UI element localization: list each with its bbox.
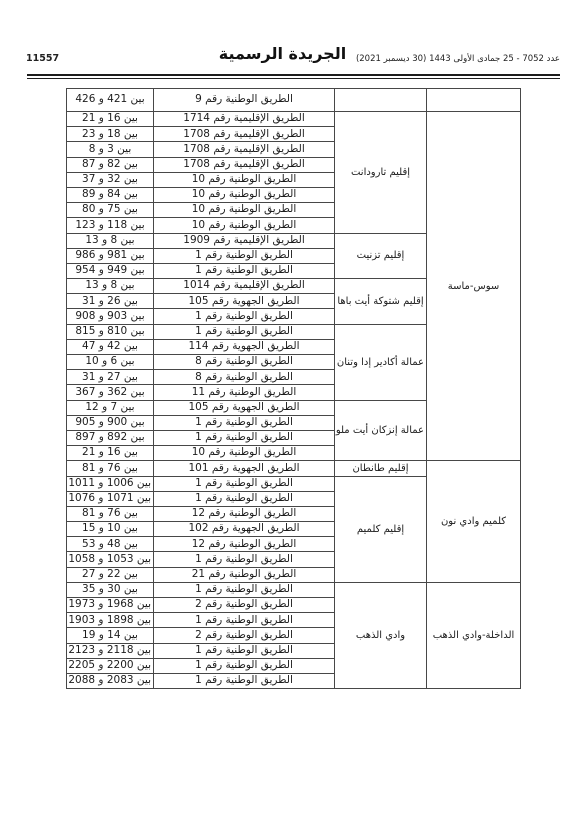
road-cell: الطريق الوطنية رقم 10 xyxy=(154,187,335,202)
road-cell: الطريق الجهوية رقم 114 xyxy=(154,339,335,354)
road-cell: الطريق الإقليمية رقم 1714 xyxy=(154,112,335,127)
km-cell: بين 26 و 31 xyxy=(67,294,154,309)
km-cell: بين 42 و 47 xyxy=(67,339,154,354)
road-sections-table: الطريق الوطنية رقم 9بين 421 و 426سوس-ماس… xyxy=(66,88,521,689)
road-cell: الطريق الوطنية رقم 10 xyxy=(154,172,335,187)
km-cell: بين 6 و 10 xyxy=(67,355,154,370)
km-cell: بين 900 و 905 xyxy=(67,415,154,430)
km-cell: بين 48 و 53 xyxy=(67,537,154,552)
km-cell: بين 118 و 123 xyxy=(67,218,154,233)
road-cell: الطريق الجهوية رقم 102 xyxy=(154,522,335,537)
road-cell: الطريق الوطنية رقم 1 xyxy=(154,430,335,445)
province-cell: عمالة أكادير إدا وتنان xyxy=(335,324,427,400)
road-cell: الطريق الإقليمية رقم 1708 xyxy=(154,157,335,172)
road-cell: الطريق الوطنية رقم 2 xyxy=(154,598,335,613)
km-cell: بين 18 و 23 xyxy=(67,127,154,142)
road-cell: الطريق الوطنية رقم 1 xyxy=(154,248,335,263)
province-cell: إقليم كلميم xyxy=(335,476,427,582)
road-cell: الطريق الوطنية رقم 1 xyxy=(154,263,335,278)
km-cell: بين 421 و 426 xyxy=(67,89,154,112)
road-cell: الطريق الوطنية رقم 12 xyxy=(154,506,335,521)
region-cell: كلميم وادي نون xyxy=(427,461,521,583)
road-cell: الطريق الوطنية رقم 10 xyxy=(154,218,335,233)
km-cell: بين 1006 و 1011 xyxy=(67,476,154,491)
km-cell: بين 2083 و 2088 xyxy=(67,673,154,688)
km-cell: بين 76 و 81 xyxy=(67,506,154,521)
road-cell: الطريق الجهوية رقم 105 xyxy=(154,400,335,415)
road-cell: الطريق الوطنية رقم 1 xyxy=(154,582,335,597)
km-cell: بين 27 و 31 xyxy=(67,370,154,385)
km-cell: بين 2200 و 2205 xyxy=(67,658,154,673)
km-cell: بين 10 و 15 xyxy=(67,522,154,537)
km-cell: بين 903 و 908 xyxy=(67,309,154,324)
province-cell: إقليم تزنيت xyxy=(335,233,427,279)
road-cell: الطريق الإقليمية رقم 1014 xyxy=(154,279,335,294)
km-cell: بين 8 و 13 xyxy=(67,279,154,294)
km-cell: بين 949 و 954 xyxy=(67,263,154,278)
km-cell: بين 16 و 21 xyxy=(67,446,154,461)
table-row: سوس-ماسةإقليم تارودانتالطريق الإقليمية ر… xyxy=(67,112,521,127)
road-cell: الطريق الوطنية رقم 8 xyxy=(154,370,335,385)
road-cell: الطريق الوطنية رقم 21 xyxy=(154,567,335,582)
header-rule xyxy=(27,74,560,79)
km-cell: بين 810 و 815 xyxy=(67,324,154,339)
region-cell: الداخلة-وادي الذهب xyxy=(427,582,521,688)
km-cell: بين 892 و 897 xyxy=(67,430,154,445)
province-cell: عمالة إنزكان أيت ملول xyxy=(335,400,427,461)
road-cell: الطريق الوطنية رقم 10 xyxy=(154,446,335,461)
province-cell: إقليم طانطان xyxy=(335,461,427,476)
table-row: الطريق الوطنية رقم 9بين 421 و 426 xyxy=(67,89,521,112)
region-cell: سوس-ماسة xyxy=(427,112,521,461)
road-cell: الطريق الوطنية رقم 2 xyxy=(154,628,335,643)
road-cell: الطريق الوطنية رقم 10 xyxy=(154,203,335,218)
road-cell: الطريق الوطنية رقم 1 xyxy=(154,309,335,324)
km-cell: بين 75 و 80 xyxy=(67,203,154,218)
km-cell: بين 7 و 12 xyxy=(67,400,154,415)
km-cell: بين 8 و 13 xyxy=(67,233,154,248)
road-cell: الطريق الوطنية رقم 1 xyxy=(154,552,335,567)
road-cell: الطريق الإقليمية رقم 1909 xyxy=(154,233,335,248)
km-cell: بين 32 و 37 xyxy=(67,172,154,187)
km-cell: بين 362 و 367 xyxy=(67,385,154,400)
km-cell: بين 981 و 986 xyxy=(67,248,154,263)
province-cell: إقليم تارودانت xyxy=(335,112,427,234)
km-cell: بين 76 و 81 xyxy=(67,461,154,476)
road-cell: الطريق الوطنية رقم 1 xyxy=(154,324,335,339)
km-cell: بين 2118 و 2123 xyxy=(67,643,154,658)
road-cell: الطريق الوطنية رقم 1 xyxy=(154,673,335,688)
province-cell: وادي الذهب xyxy=(335,582,427,688)
km-cell: بين 30 و 35 xyxy=(67,582,154,597)
km-cell: بين 14 و 19 xyxy=(67,628,154,643)
road-cell: الطريق الوطنية رقم 12 xyxy=(154,537,335,552)
road-cell: الطريق الوطنية رقم 1 xyxy=(154,415,335,430)
issue-date-line: عدد 7052 ‏- 25 جمادى الأولى 1443 (30 ديس… xyxy=(356,54,560,64)
road-cell: الطريق الوطنية رقم 1 xyxy=(154,476,335,491)
road-cell: الطريق الجهوية رقم 105 xyxy=(154,294,335,309)
road-cell: الطريق الوطنية رقم 11 xyxy=(154,385,335,400)
gazette-page: 11557 الجريدة الرسمية عدد 7052 ‏- 25 جما… xyxy=(0,0,585,827)
km-cell: بين 1968 و 1973 xyxy=(67,598,154,613)
km-cell: بين 22 و 27 xyxy=(67,567,154,582)
province-cell: إقليم شتوكة أيت باها xyxy=(335,279,427,325)
km-cell: بين 3 و 8 xyxy=(67,142,154,157)
road-cell: الطريق الوطنية رقم 1 xyxy=(154,643,335,658)
road-cell: الطريق الوطنية رقم 9 xyxy=(154,89,335,112)
road-cell: الطريق الجهوية رقم 101 xyxy=(154,461,335,476)
km-cell: بين 1898 و 1903 xyxy=(67,613,154,628)
road-cell: الطريق الوطنية رقم 1 xyxy=(154,613,335,628)
road-cell: الطريق الإقليمية رقم 1708 xyxy=(154,142,335,157)
road-cell: الطريق الوطنية رقم 8 xyxy=(154,355,335,370)
km-cell: بين 1071 و 1076 xyxy=(67,491,154,506)
km-cell: بين 84 و 89 xyxy=(67,187,154,202)
table-row: الداخلة-وادي الذهبوادي الذهبالطريق الوطن… xyxy=(67,582,521,597)
km-cell: بين 82 و 87 xyxy=(67,157,154,172)
km-cell: بين 1053 و 1058 xyxy=(67,552,154,567)
province-cell xyxy=(335,89,427,112)
km-cell: بين 16 و 21 xyxy=(67,112,154,127)
road-cell: الطريق الوطنية رقم 1 xyxy=(154,658,335,673)
region-cell xyxy=(427,89,521,112)
road-cell: الطريق الإقليمية رقم 1708 xyxy=(154,127,335,142)
road-cell: الطريق الوطنية رقم 1 xyxy=(154,491,335,506)
table-row: كلميم وادي نونإقليم طانطانالطريق الجهوية… xyxy=(67,461,521,476)
